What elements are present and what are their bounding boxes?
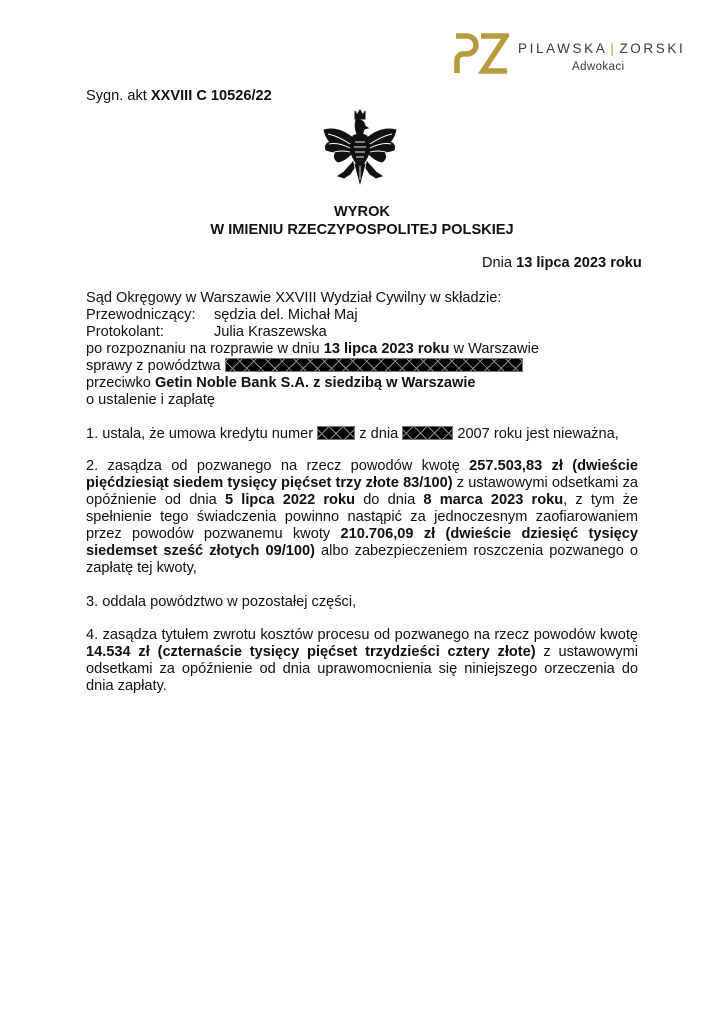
judgment-subtitle: W IMIENIU RZECZYPOSPOLITEJ POLSKIEJ <box>0 222 724 238</box>
pz-monogram-icon <box>453 31 509 75</box>
chair-row: Przewodniczący:sędzia del. Michał Maj <box>86 307 638 324</box>
redacted-plaintiff <box>225 358 523 372</box>
plaintiff-line: sprawy z powództwa <box>86 358 638 375</box>
polish-eagle-emblem-icon <box>320 108 400 188</box>
judgment-date: Dnia 13 lipca 2023 roku <box>482 255 642 272</box>
redacted-contract-date <box>402 426 453 440</box>
redacted-contract-number <box>317 426 355 440</box>
firm-subtitle: Adwokaci <box>572 61 624 73</box>
defendant-line: przeciwko Getin Noble Bank S.A. z siedzi… <box>86 375 638 392</box>
firm-name: PILAWSKA|ZORSKI <box>518 41 685 56</box>
point-3: 3. oddala powództwo w pozostałej części, <box>86 594 638 611</box>
court-line: Sąd Okręgowy w Warszawie XXVIII Wydział … <box>86 290 638 307</box>
law-firm-logo: PILAWSKA|ZORSKI Adwokaci <box>453 31 703 79</box>
hearing-line: po rozpoznaniu na rozprawie w dniu 13 li… <box>86 341 638 358</box>
point-1: 1. ustala, że umowa kredytu numer z dnia… <box>86 426 638 443</box>
point-4: 4. zasądza tytułem zwrotu kosztów proces… <box>86 627 638 695</box>
point-2: 2. zasądza od pozwanego na rzecz powodów… <box>86 458 638 577</box>
clerk-row: Protokolant:Julia Kraszewska <box>86 324 638 341</box>
case-signature: Sygn. akt XXVIII C 10526/22 <box>86 88 272 105</box>
court-composition: Sąd Okręgowy w Warszawie XXVIII Wydział … <box>86 290 638 409</box>
subject-line: o ustalenie i zapłatę <box>86 392 638 409</box>
judgment-title: WYROK <box>0 204 724 220</box>
